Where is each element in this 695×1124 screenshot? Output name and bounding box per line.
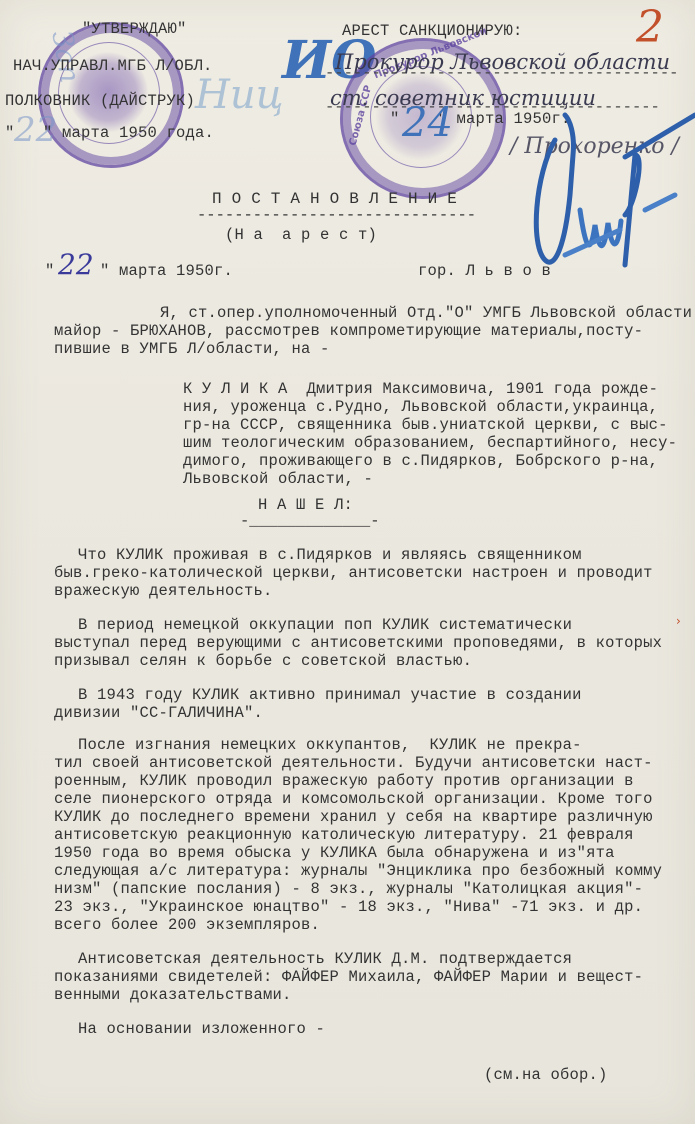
finding-line: Что КУЛИК проживая в с.Пидярков и являяс… [78, 546, 582, 564]
page-number-mark: 2 [636, 2, 664, 53]
finding-line: После изгнания немецких оккупантов, КУЛИ… [78, 736, 582, 754]
blue-pen-signature [525, 95, 695, 270]
finding-line: венными доказательствами. [54, 986, 292, 1004]
approval-date: " " марта 1950 года. [5, 124, 214, 142]
finding-line: На основании изложенного - [78, 1020, 325, 1038]
finding-line: роенным, КУЛИК проводил вражескую работу… [54, 772, 634, 790]
intro-line: Я, ст.опер.уполномоченный Отд."О" УМГБ Л… [160, 304, 692, 322]
finding-line: антисоветскую реакционную католическую л… [54, 826, 634, 844]
subject-line: шим теологическим образованием, беспарти… [183, 434, 677, 452]
subject-line: Львовской области, - [183, 470, 373, 488]
finding-line: низм" (папские послания) - 8 экз., журна… [54, 880, 643, 898]
document-subtitle: (Н а а р е с т) [225, 226, 377, 244]
subject-line: К У Л И К А Дмитрия Максимовича, 1901 го… [183, 380, 658, 398]
handwritten-day: 22 [58, 248, 94, 281]
finding-line: всего более 200 экземпляров. [54, 916, 320, 934]
finding-line: В период немецкой оккупации поп КУЛИК си… [78, 616, 572, 634]
approval-title: "УТВЕРЖДАЮ" [82, 20, 187, 38]
found-heading-underline: -_____________- [240, 512, 380, 530]
pencil-tick-mark: › [676, 614, 681, 628]
finding-line: тил своей антисоветской деятельности. Бу… [54, 754, 653, 772]
title-underline: ------------------------------ [197, 206, 476, 224]
intro-line: пившие в УМГБ Л/области, на - [54, 340, 330, 358]
sanction-handwritten-day: 24 [402, 100, 453, 146]
finding-line: 23 экз., "Украинское юнацтво" - 18 экз.,… [54, 898, 643, 916]
finding-line: выступал перед верующими с антисоветским… [54, 634, 662, 652]
finding-line: Антисоветская деятельность КУЛИК Д.М. по… [78, 950, 572, 968]
subject-line: димого, проживающего в с.Пидярков, Бобрс… [183, 452, 658, 470]
subject-line: гр-на СССР, священника быв.униатской цер… [183, 416, 668, 434]
sanction-title: АРЕСТ САНКЦИОНИРУЮ: [342, 22, 523, 40]
finding-line: дивизии "СС-ГАЛИЧИНА". [54, 704, 263, 722]
finding-line: вражескую деятельность. [54, 582, 273, 600]
approval-position: НАЧ.УПРАВЛ.МГБ Л/ОБЛ. [13, 57, 213, 75]
date-open-quote: " [45, 262, 55, 280]
finding-line: быв.греко-католической церкви, антисовет… [54, 564, 653, 582]
approval-rank-name: ПОЛКОВНИК (ДАЙСТРУК) [5, 92, 195, 110]
finding-line: следующая а/с литература: журналы "Энцик… [54, 862, 662, 880]
intro-line: майор - БРЮХАНОВ, рассмотрев компрометир… [54, 322, 643, 340]
city: гор. Л ь в о в [418, 262, 551, 280]
finding-line: КУЛИК до последнего времени хранил у себ… [54, 808, 653, 826]
document-page: Зап 22 Ниц "УТВЕРЖДАЮ" НАЧ.УПРАВЛ.МГБ Л/… [0, 0, 695, 1124]
sanction-underline-1: -------------------------------------- [325, 64, 678, 82]
finding-line: призывал селян к борьбе с советской влас… [54, 652, 472, 670]
finding-line: В 1943 году КУЛИК активно принимал участ… [78, 686, 582, 704]
finding-line: селе пионерского отряда и комсомольской … [54, 790, 653, 808]
continued-on-reverse-note: (см.на обор.) [484, 1066, 608, 1084]
date-month-year: " марта 1950г. [100, 262, 233, 280]
handwritten-initials: Ниц [195, 72, 284, 118]
finding-line: 1950 года во время обыска у КУЛИКА была … [54, 844, 615, 862]
subject-line: ния, уроженца с.Рудно, Львовской области… [183, 398, 658, 416]
finding-line: показаниями свидетелей: ФАЙФЕР Михаила, … [54, 968, 643, 986]
